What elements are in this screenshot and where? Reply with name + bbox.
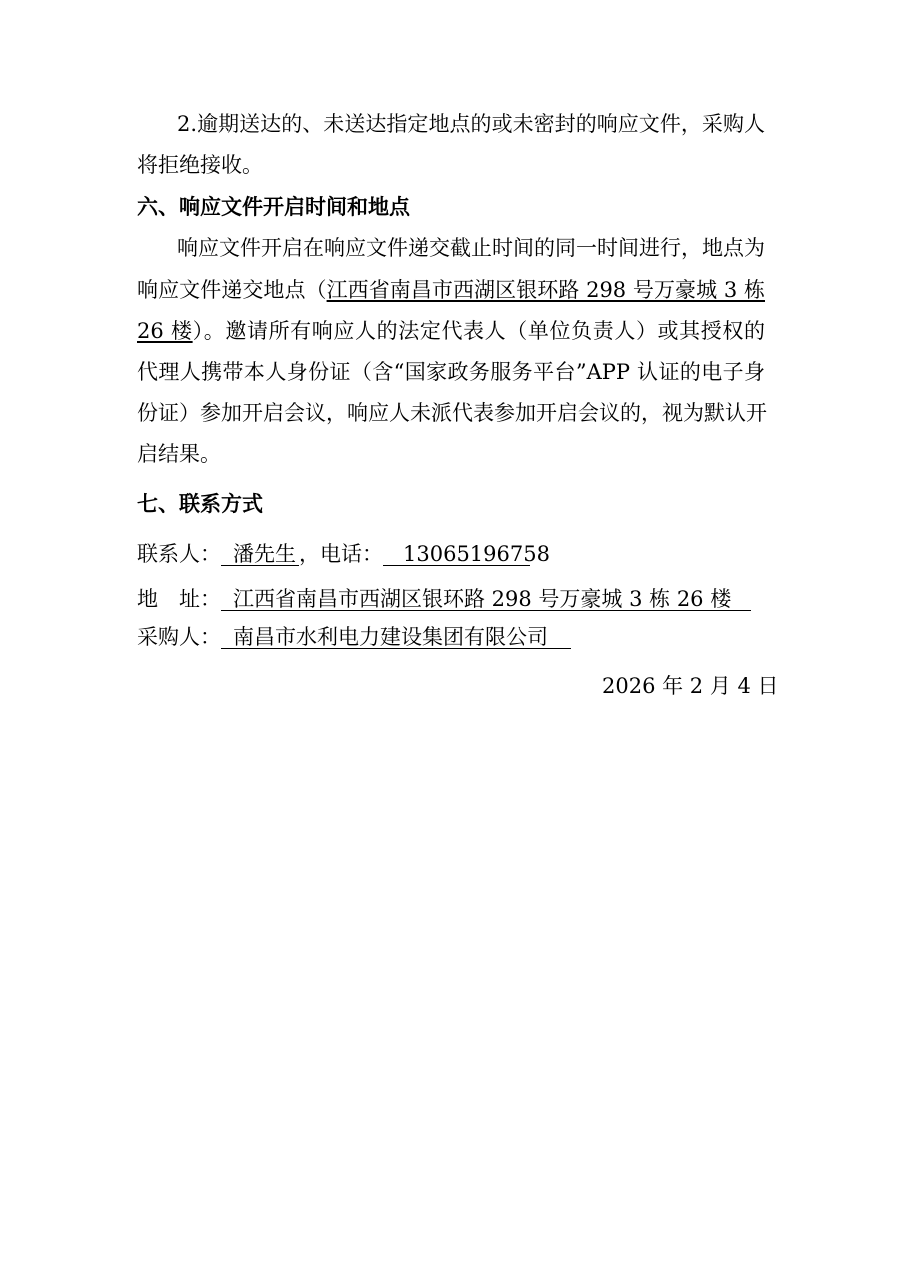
address-underlined: 江西省南昌市西湖区银环路 298 号万豪城 3 栋 [327,278,765,302]
item2-line1: 2.逾期送达的、未送达指定地点的或未密封的响应文件，采购人 [177,112,765,136]
section6-para-line6: 启结果。 [137,442,221,466]
phone-value: 13065196758 [383,543,530,566]
contact-label: 联系人： [137,542,221,566]
contact-row: 联系人：潘先生，电话：13065196758 [137,542,530,566]
purchaser-value: 南昌市水利电力建设集团有限公司 [221,626,571,649]
address-underlined-cont: 26 楼 [137,319,193,343]
section6-para-line4: 代理人携带本人身份证（含“国家政务服务平台”APP 认证的电子身 [137,360,765,384]
section6-para-line5: 份证）参加开启会议，响应人未派代表参加开启会议的，视为默认开 [137,401,765,425]
purchaser-row: 采购人：南昌市水利电力建设集团有限公司 [137,625,571,649]
item2-line2: 将拒绝接收。 [137,153,263,177]
text: 响应文件递交地点（ [137,278,327,302]
text: ）。邀请所有响应人的法定代表人（单位负责人）或其授权的 [193,319,765,343]
section6-heading: 六、响应文件开启时间和地点 [137,195,410,219]
document-date: 2026 年 2 月 4 日 [602,674,779,698]
contact-value: 潘先生 [221,543,299,566]
section6-para-line2: 响应文件递交地点（江西省南昌市西湖区银环路 298 号万豪城 3 栋 [137,278,765,302]
section7-heading: 七、联系方式 [137,492,263,516]
section6-para-line1: 响应文件开启在响应文件递交截止时间的同一时间进行，地点为 [177,236,765,260]
purchaser-label: 采购人： [137,625,221,649]
address-row: 地 址：江西省南昌市西湖区银环路 298 号万豪城 3 栋 26 楼 [137,587,751,611]
phone-label: ，电话： [299,542,383,566]
section6-para-line3: 26 楼）。邀请所有响应人的法定代表人（单位负责人）或其授权的 [137,319,765,343]
address-value: 江西省南昌市西湖区银环路 298 号万豪城 3 栋 26 楼 [221,588,751,611]
address-label: 地 址： [137,587,221,611]
